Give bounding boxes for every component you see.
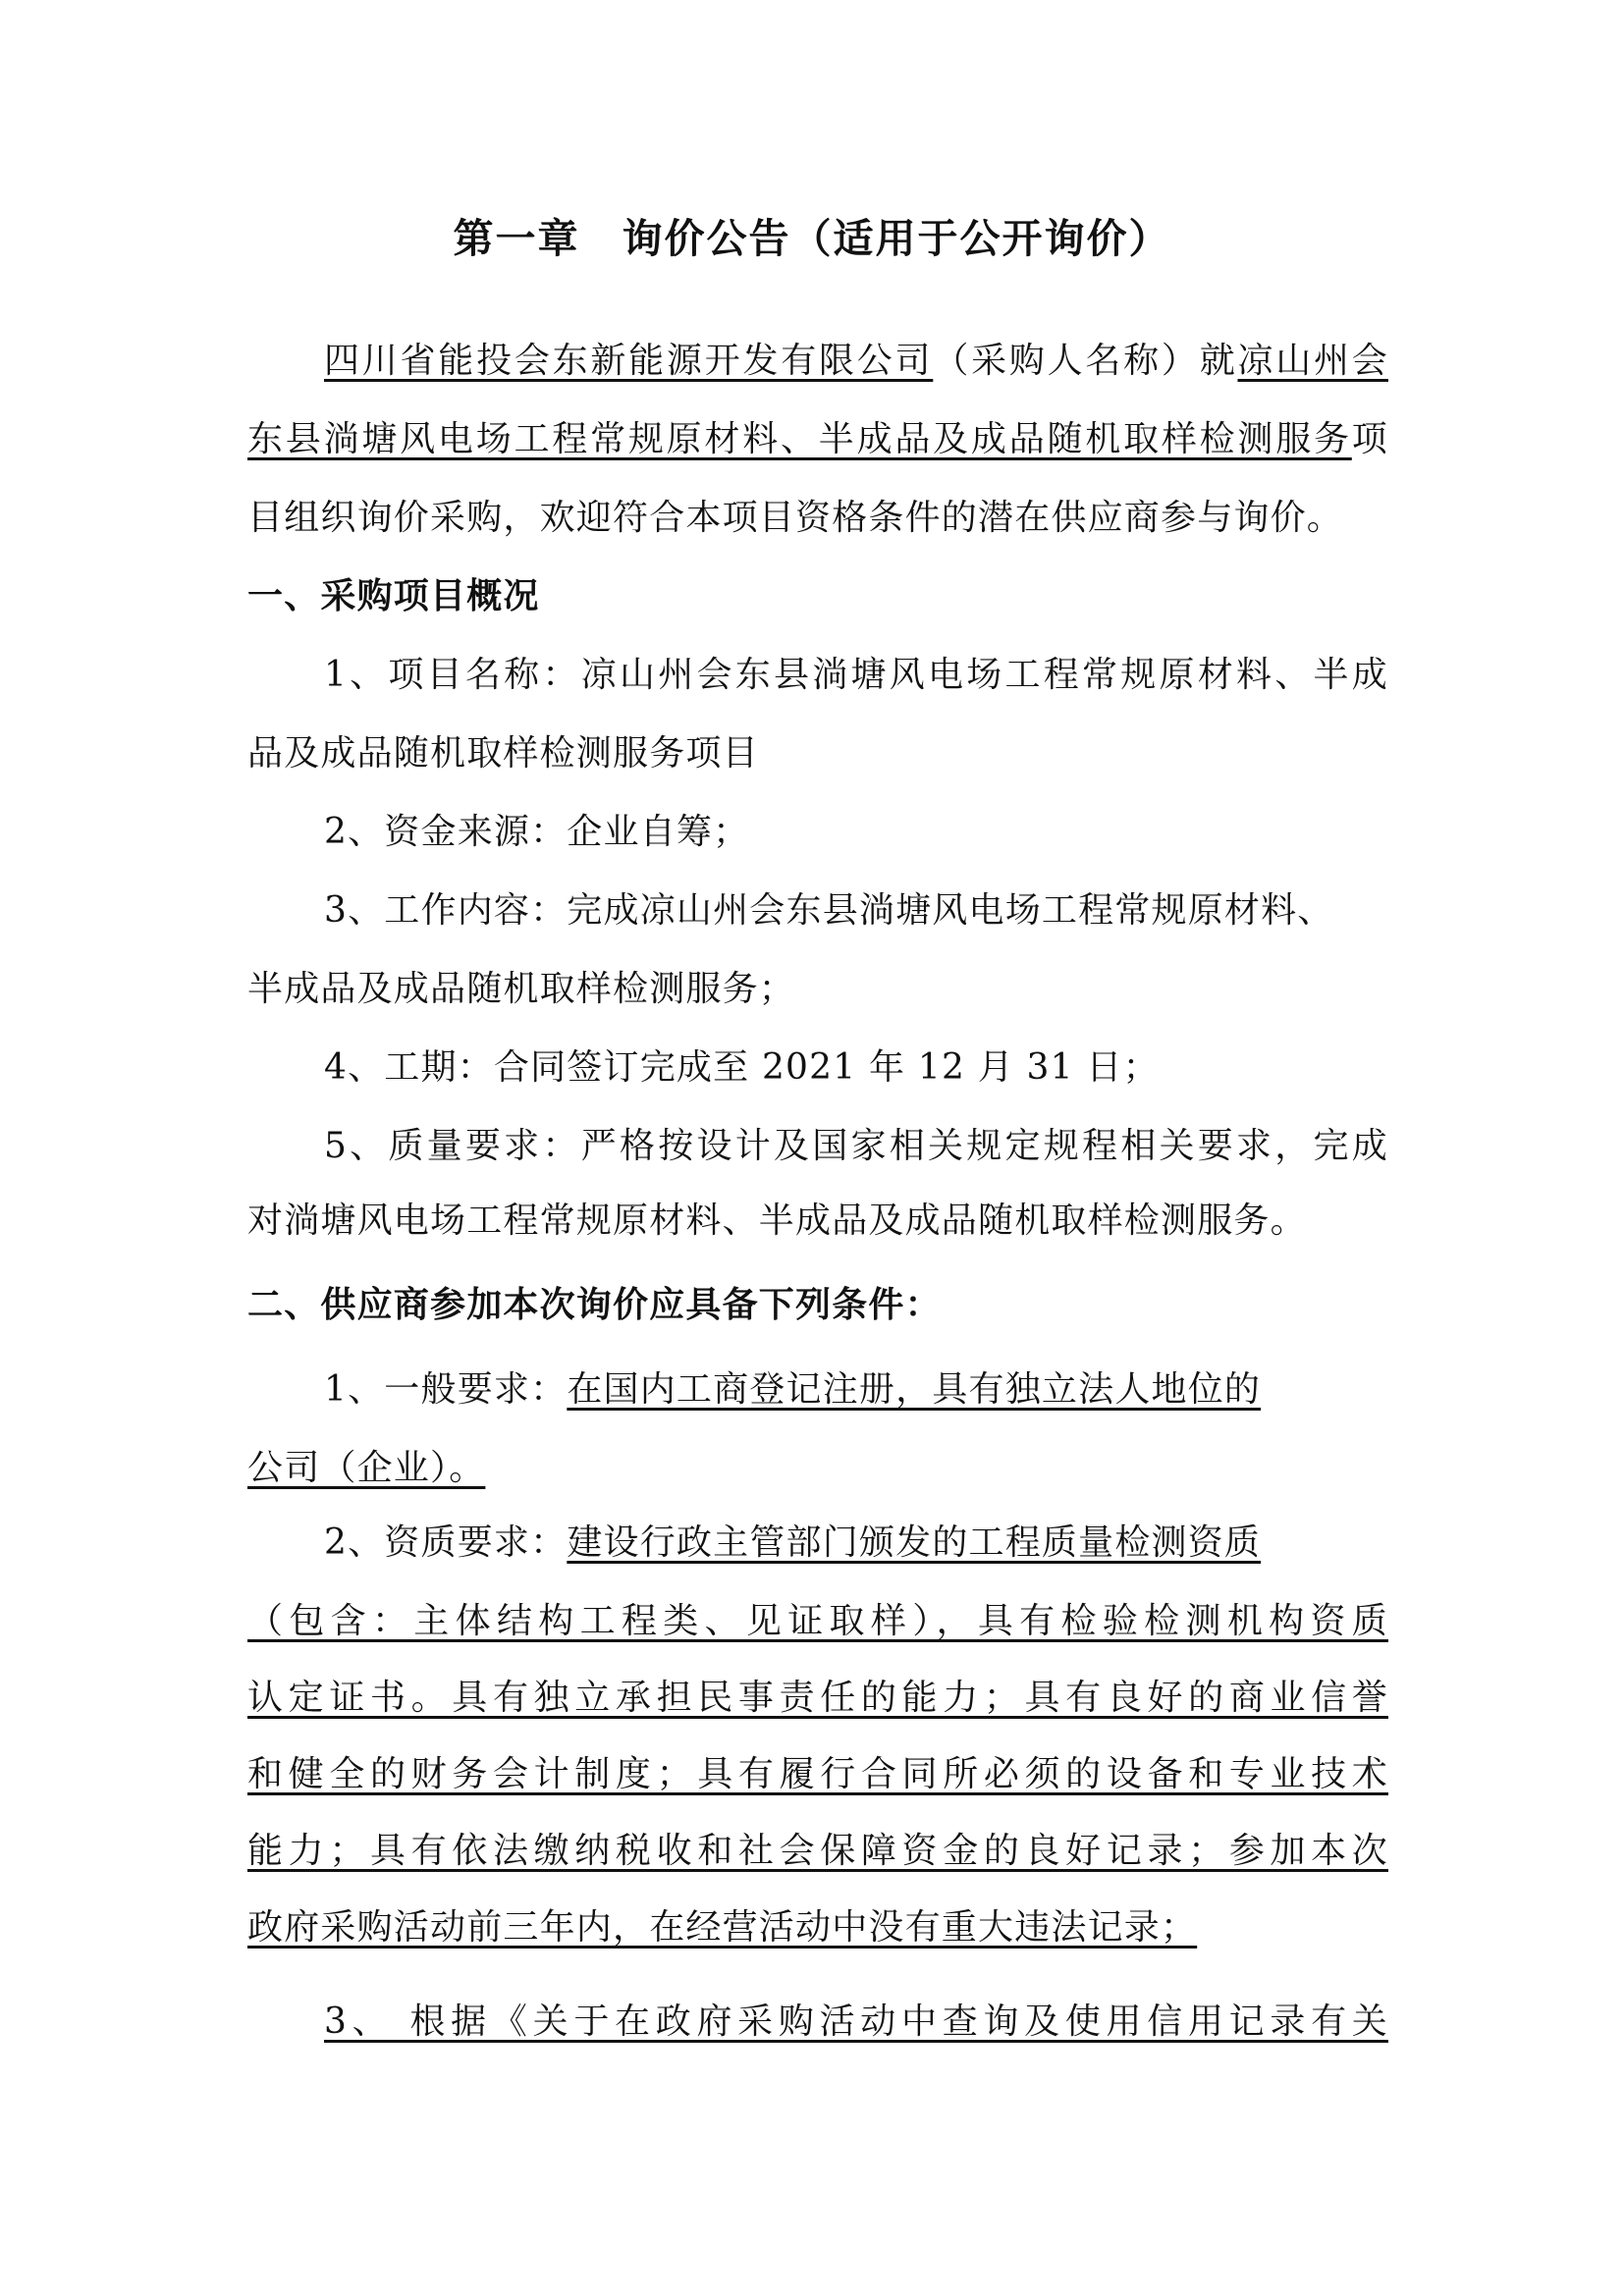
req-2-line-3: 认定证书。具有独立承担民事责任的能力；具有良好的商业信誉 (247, 1677, 1388, 1720)
req-1-text-continued: 公司（企业）。 (247, 1448, 485, 1488)
item-3-line-2: 半成品及成品随机取样检测服务； (247, 968, 1388, 1011)
item-3-line-1: 3、工作内容：完成凉山州会东县淌塘风电场工程常规原材料、 (324, 889, 1388, 933)
req-2-line-1: 2、资质要求： 建设行政主管部门颁发的工程质量检测资质 (324, 1522, 1388, 1565)
req-2-text-6: 政府采购活动前三年内，在经营活动中没有重大违法记录； (247, 1907, 1197, 1948)
req-1-label: 1、一般要求： (324, 1368, 567, 1412)
intro-line-1: 四川省能投会东新能源开发有限公司（采购人名称）就凉山州会 (324, 340, 1388, 383)
req-2-text-4: 和健全的财务会计制度；具有履行合同所必须的设备和专业技术 (247, 1754, 1388, 1794)
item-1-line-1: 1、项目名称：凉山州会东县淌塘风电场工程常规原材料、半成 (324, 654, 1388, 697)
req-3-text: 3、 根据《关于在政府采购活动中查询及使用信用记录有关 (324, 2002, 1388, 2042)
req-2-line-5: 能力；具有依法缴纳税收和社会保障资金的良好记录；参加本次 (247, 1830, 1388, 1873)
document-page: 第一章 询价公告（适用于公开询价） 四川省能投会东新能源开发有限公司（采购人名称… (0, 0, 1624, 2296)
purchaser-note: （采购人名称）就 (933, 341, 1237, 381)
section-heading-1: 一、采购项目概况 (247, 575, 1388, 618)
item-5-line-1: 5、质量要求：严格按设计及国家相关规定规程相关要求，完成 (324, 1125, 1388, 1168)
project-name-continued: 东县淌塘风电场工程常规原材料、半成品及成品随机取样检测服务 (247, 419, 1352, 459)
req-2-line-6: 政府采购活动前三年内，在经营活动中没有重大违法记录； (247, 1906, 1388, 1949)
item-2-line-1: 2、资金来源：企业自筹； (324, 811, 1388, 854)
item-4-line-1: 4、工期：合同签订完成至 2021 年 12 月 31 日； (324, 1046, 1388, 1090)
req-1-line-1: 1、一般要求： 在国内工商登记注册，具有独立法人地位的 (324, 1368, 1388, 1412)
item-5-line-2: 对淌塘风电场工程常规原材料、半成品及成品随机取样检测服务。 (247, 1200, 1388, 1243)
req-2-text-2: （包含：主体结构工程类、见证取样），具有检验检测机构资质 (247, 1601, 1388, 1641)
req-2-text-3: 认定证书。具有独立承担民事责任的能力；具有良好的商业信誉 (247, 1678, 1388, 1718)
req-2-label: 2、资质要求： (324, 1522, 567, 1565)
req-2-line-4: 和健全的财务会计制度；具有履行合同所必须的设备和专业技术 (247, 1753, 1388, 1796)
intro-line-3: 目组织询价采购，欢迎符合本项目资格条件的潜在供应商参与询价。 (247, 497, 1388, 540)
section-heading-2: 二、供应商参加本次询价应具备下列条件： (247, 1284, 1388, 1327)
req-3-line-1: 3、 根据《关于在政府采购活动中查询及使用信用记录有关 (324, 2001, 1388, 2044)
item-1-line-2: 品及成品随机取样检测服务项目 (247, 732, 1388, 775)
req-2-line-2: （包含：主体结构工程类、见证取样），具有检验检测机构资质 (247, 1600, 1388, 1643)
req-1-text: 在国内工商登记注册，具有独立法人地位的 (567, 1368, 1388, 1412)
intro-line-2: 东县淌塘风电场工程常规原材料、半成品及成品随机取样检测服务项 (247, 418, 1388, 461)
req-2-text-5: 能力；具有依法缴纳税收和社会保障资金的良好记录；参加本次 (247, 1831, 1388, 1871)
project-name-part: 凉山州会 (1237, 341, 1388, 381)
page-title: 第一章 询价公告（适用于公开询价） (0, 214, 1624, 263)
project-name-tail: 项 (1352, 419, 1388, 459)
req-2-text: 建设行政主管部门颁发的工程质量检测资质 (567, 1522, 1388, 1565)
req-1-line-2: 公司（企业）。 (247, 1447, 1388, 1490)
purchaser-name: 四川省能投会东新能源开发有限公司 (324, 341, 933, 381)
